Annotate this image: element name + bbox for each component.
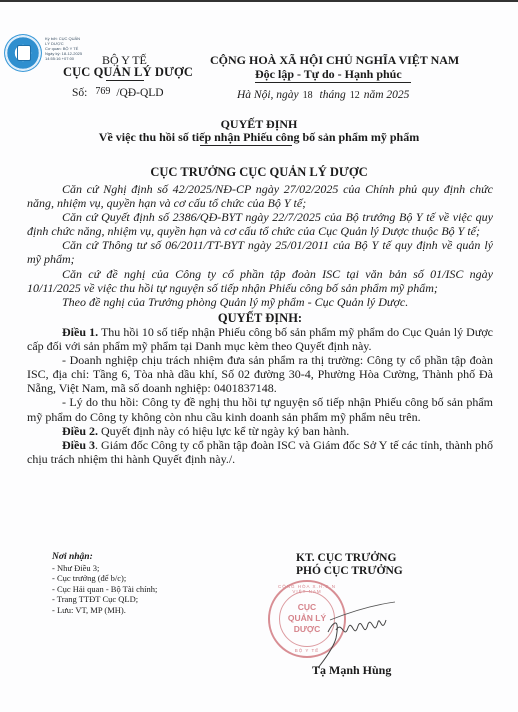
article-2: Điều 2. Quyết định này có hiệu lực kể từ… <box>27 424 493 438</box>
preamble-item: Căn cứ Thông tư số 06/2011/TT-BYT ngày 2… <box>27 238 493 266</box>
document-number: Số:769/QĐ-QLD <box>72 87 164 99</box>
recipient-item: - Trang TTĐT Cục QLD; <box>52 594 157 605</box>
place-label: Hà Nội, ngày <box>237 89 299 101</box>
preamble-item: Căn cứ đề nghị của Công ty cổ phần tập đ… <box>27 267 493 295</box>
article-3: Điều 3. Giám đốc Công ty cổ phần tập đoà… <box>27 438 493 466</box>
preamble-item: Theo đề nghị của Trưởng phòng Quản lý mỹ… <box>27 295 493 309</box>
ministry-logo-icon <box>4 34 42 72</box>
divider <box>106 80 144 81</box>
issuing-authority: CỤC TRƯỞNG CỤC QUẢN LÝ DƯỢC <box>0 165 518 180</box>
place-date: Hà Nội, ngày18 tháng12năm 2025 <box>237 89 409 101</box>
article-text: . Giám đốc Công ty cổ phần tập đoàn ISC … <box>27 438 493 466</box>
motto: Độc lập - Tự do - Hạnh phúc <box>255 67 402 82</box>
day-value: 18 <box>303 90 313 101</box>
preamble-item: Căn cứ Quyết định số 2386/QĐ-BYT ngày 22… <box>27 210 493 238</box>
divider <box>255 82 411 83</box>
recipient-item: - Lưu: VT, MP (MH). <box>52 605 157 616</box>
digital-signature-meta: Ký bởi: CỤC QUẢN LÝ DƯỢC Cơ quan: BỘ Y T… <box>45 36 85 61</box>
article-label: Điều 3 <box>62 438 95 452</box>
org-name: CỤC QUẢN LÝ DƯỢC <box>63 65 193 80</box>
divider <box>200 145 292 146</box>
nation-title: CỘNG HOÀ XÃ HỘI CHỦ NGHĨA VIỆT NAM <box>210 53 459 68</box>
doc-no-label: Số: <box>72 87 87 99</box>
month-label: tháng <box>320 89 346 101</box>
preamble-item: Căn cứ Nghị định số 42/2025/NĐ-CP ngày 2… <box>27 182 493 210</box>
handwritten-signature-icon <box>300 590 400 670</box>
signature-meta-line: Ngày ký: 18-12-2025 14:55:16 +07:00 <box>45 51 85 61</box>
article-1-company: - Doanh nghiệp chịu trách nhiệm đưa sản … <box>27 353 493 395</box>
month-value: 12 <box>350 90 360 101</box>
recipients-label: Nơi nhận: <box>52 552 157 563</box>
signer-role-line1: KT. CỤC TRƯỞNG <box>296 552 396 564</box>
recipients-block: Nơi nhận: - Như Điều 3; - Cục trưởng (để… <box>52 552 157 615</box>
document-page: Ký bởi: CỤC QUẢN LÝ DƯỢC Cơ quan: BỘ Y T… <box>0 2 518 712</box>
article-label: Điều 2. <box>62 424 98 438</box>
doc-no-value: 769 <box>95 86 110 97</box>
signer-role-line2: PHÓ CỤC TRƯỞNG <box>296 565 403 577</box>
recipient-item: - Như Điều 3; <box>52 563 157 574</box>
signature-meta-line: Ký bởi: CỤC QUẢN LÝ DƯỢC <box>45 36 85 46</box>
article-text: Quyết định này có hiệu lực kể từ ngày ký… <box>98 424 349 438</box>
doc-no-suffix: /QĐ-QLD <box>116 87 163 99</box>
recipient-item: - Cục trưởng (để b/c); <box>52 573 157 584</box>
document-body: Căn cứ Nghị định số 42/2025/NĐ-CP ngày 2… <box>27 182 493 466</box>
article-1-reason: - Lý do thu hồi: Công ty đề nghị thu hồi… <box>27 395 493 423</box>
decision-heading: QUYẾT ĐỊNH: <box>27 311 493 325</box>
signer-name: Tạ Mạnh Hùng <box>312 663 391 678</box>
doc-subject: Về việc thu hồi số tiếp nhận Phiếu công … <box>0 130 518 145</box>
article-label: Điều 1. <box>62 325 98 339</box>
year-label: năm 2025 <box>364 89 410 101</box>
article-1: Điều 1. Thu hồi 10 số tiếp nhận Phiếu cô… <box>27 325 493 353</box>
recipient-item: - Cục Hải quan - Bộ Tài chính; <box>52 584 157 595</box>
